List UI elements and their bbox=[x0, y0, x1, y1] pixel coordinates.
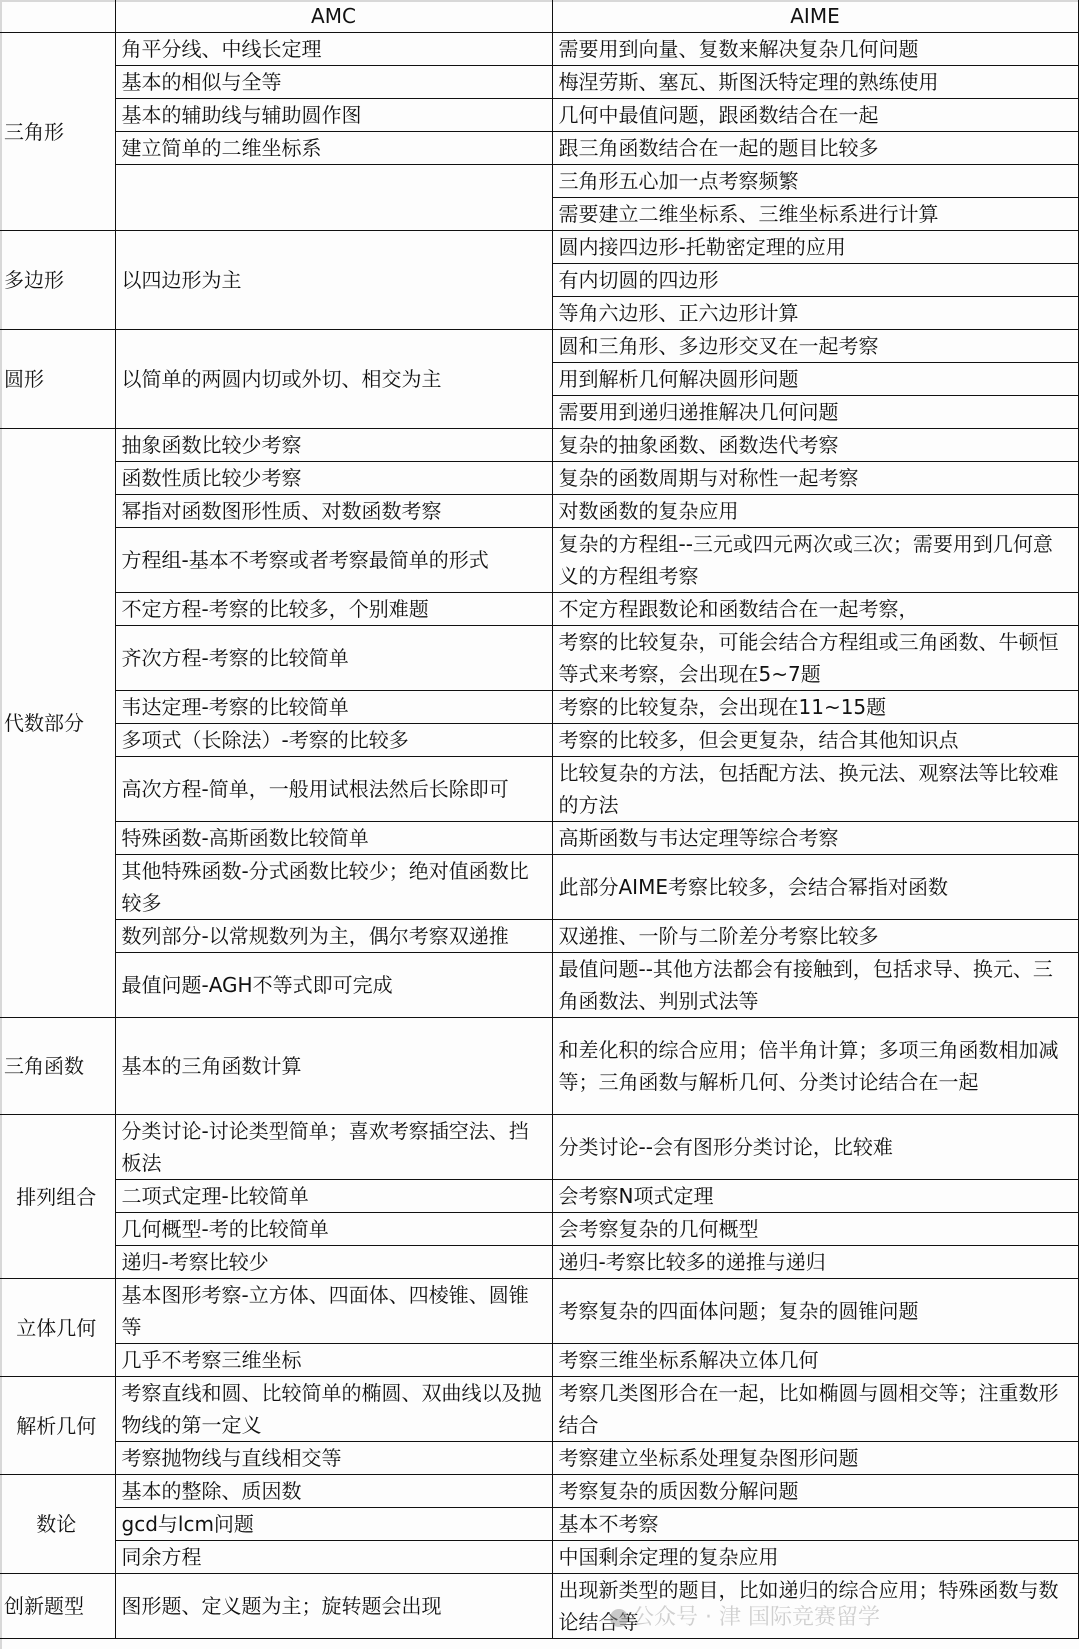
table-row: 二项式定理-比较简单 会考察N项式定理 bbox=[0, 1180, 1078, 1213]
aime-cell: 复杂的抽象函数、函数迭代考察 bbox=[552, 429, 1078, 462]
table-row: 特殊函数-高斯函数比较简单 高斯函数与韦达定理等综合考察 bbox=[0, 822, 1078, 855]
aime-cell: 中国剩余定理的复杂应用 bbox=[552, 1541, 1078, 1574]
aime-cell: 复杂的方程组--三元或四元两次或三次；需要用到几何意义的方程组考察 bbox=[552, 528, 1078, 593]
table-row: 其他特殊函数-分式函数比较少；绝对值函数比较多 此部分AIME考察比较多，会结合… bbox=[0, 855, 1078, 920]
aime-cell: 考察的比较复杂，可能会结合方程组或三角函数、牛顿恒等式来考察，会出现在5~7题 bbox=[552, 626, 1078, 691]
aime-cell: 有内切圆的四边形 bbox=[552, 264, 1078, 297]
table-row: gcd与lcm问题 基本不考察 bbox=[0, 1508, 1078, 1541]
amc-cell: 高次方程-简单，一般用试根法然后长除即可 bbox=[115, 757, 552, 822]
amc-cell: 角平分线、中线长定理 bbox=[115, 33, 552, 66]
category-circle: 圆形 bbox=[0, 330, 115, 429]
aime-cell: 会考察复杂的几何概型 bbox=[552, 1213, 1078, 1246]
aime-cell: 会考察N项式定理 bbox=[552, 1180, 1078, 1213]
aime-cell: 用到解析几何解决圆形问题 bbox=[552, 363, 1078, 396]
amc-cell: 建立简单的二维坐标系 bbox=[115, 132, 552, 165]
aime-cell: 高斯函数与韦达定理等综合考察 bbox=[552, 822, 1078, 855]
table-row: 创新题型 图形题、定义题为主；旋转题会出现 出现新类型的题目，比如递归的综合应用… bbox=[0, 1574, 1078, 1639]
amc-cell: 几何概型-考的比较简单 bbox=[115, 1213, 552, 1246]
table-row: 三角形五心加一点考察频繁 bbox=[0, 165, 1078, 198]
aime-cell: 考察几类图形合在一起，比如椭圆与圆相交等；注重数形结合 bbox=[552, 1377, 1078, 1442]
table-row: 幂指对函数图形性质、对数函数考察 对数函数的复杂应用 bbox=[0, 495, 1078, 528]
amc-cell: 函数性质比较少考察 bbox=[115, 462, 552, 495]
aime-cell: 对数函数的复杂应用 bbox=[552, 495, 1078, 528]
amc-cell: 不定方程-考察的比较多，个别难题 bbox=[115, 593, 552, 626]
amc-cell: 二项式定理-比较简单 bbox=[115, 1180, 552, 1213]
category-trigonometry: 三角函数 bbox=[0, 1018, 115, 1115]
table-row: 建立简单的二维坐标系 跟三角函数结合在一起的题目比较多 bbox=[0, 132, 1078, 165]
aime-cell: 等角六边形、正六边形计算 bbox=[552, 297, 1078, 330]
header-row: AMC AIME bbox=[0, 0, 1078, 33]
amc-cell: 以简单的两圆内切或外切、相交为主 bbox=[115, 330, 552, 429]
amc-cell: 齐次方程-考察的比较简单 bbox=[115, 626, 552, 691]
aime-cell: 考察复杂的四面体问题；复杂的圆锥问题 bbox=[552, 1279, 1078, 1344]
aime-cell: 三角形五心加一点考察频繁 bbox=[552, 165, 1078, 198]
table-row: 基本的辅助线与辅助圆作图 几何中最值问题，跟函数结合在一起 bbox=[0, 99, 1078, 132]
category-analytic-geometry: 解析几何 bbox=[0, 1377, 115, 1475]
category-innovative: 创新题型 bbox=[0, 1574, 115, 1639]
aime-cell: 梅涅劳斯、塞瓦、斯图沃特定理的熟练使用 bbox=[552, 66, 1078, 99]
amc-cell: 幂指对函数图形性质、对数函数考察 bbox=[115, 495, 552, 528]
table-row: 基本的相似与全等 梅涅劳斯、塞瓦、斯图沃特定理的熟练使用 bbox=[0, 66, 1078, 99]
amc-cell: 抽象函数比较少考察 bbox=[115, 429, 552, 462]
table-row: 解析几何 考察直线和圆、比较简单的椭圆、双曲线以及抛物线的第一定义 考察几类图形… bbox=[0, 1377, 1078, 1442]
amc-cell: 基本的相似与全等 bbox=[115, 66, 552, 99]
category-triangle: 三角形 bbox=[0, 33, 115, 231]
amc-cell: 分类讨论-讨论类型简单；喜欢考察插空法、挡板法 bbox=[115, 1115, 552, 1180]
table-row: 最值问题-AGH不等式即可完成 最值问题--其他方法都会有接触到，包括求导、换元… bbox=[0, 953, 1078, 1018]
aime-cell: 出现新类型的题目，比如递归的综合应用；特殊函数与数论结合等 bbox=[552, 1574, 1078, 1639]
table-row: 考察抛物线与直线相交等 考察建立坐标系处理复杂图形问题 bbox=[0, 1442, 1078, 1475]
aime-cell: 不定方程跟数论和函数结合在一起考察， bbox=[552, 593, 1078, 626]
amc-cell: 基本的三角函数计算 bbox=[115, 1018, 552, 1115]
amc-cell: gcd与lcm问题 bbox=[115, 1508, 552, 1541]
aime-cell: 比较复杂的方法，包括配方法、换元法、观察法等比较难的方法 bbox=[552, 757, 1078, 822]
aime-cell: 圆和三角形、多边形交叉在一起考察 bbox=[552, 330, 1078, 363]
aime-cell: 递归-考察比较多的递推与递归 bbox=[552, 1246, 1078, 1279]
category-solid-geometry: 立体几何 bbox=[0, 1279, 115, 1377]
aime-cell: 和差化积的综合应用；倍半角计算；多项三角函数相加减等；三角函数与解析几何、分类讨… bbox=[552, 1018, 1078, 1115]
aime-cell: 此部分AIME考察比较多，会结合幂指对函数 bbox=[552, 855, 1078, 920]
amc-cell: 韦达定理-考察的比较简单 bbox=[115, 691, 552, 724]
amc-cell: 同余方程 bbox=[115, 1541, 552, 1574]
table-row: 数论 基本的整除、质因数 考察复杂的质因数分解问题 bbox=[0, 1475, 1078, 1508]
amc-cell: 数列部分-以常规数列为主，偶尔考察双递推 bbox=[115, 920, 552, 953]
aime-cell: 圆内接四边形-托勒密定理的应用 bbox=[552, 231, 1078, 264]
amc-cell: 特殊函数-高斯函数比较简单 bbox=[115, 822, 552, 855]
table-row: 几乎不考察三维坐标 考察三维坐标系解决立体几何 bbox=[0, 1344, 1078, 1377]
aime-cell: 分类讨论--会有图形分类讨论，比较难 bbox=[552, 1115, 1078, 1180]
table-row: 圆形 以简单的两圆内切或外切、相交为主 圆和三角形、多边形交叉在一起考察 bbox=[0, 330, 1078, 363]
amc-cell-empty bbox=[115, 165, 552, 231]
table-row: 高次方程-简单，一般用试根法然后长除即可 比较复杂的方法，包括配方法、换元法、观… bbox=[0, 757, 1078, 822]
amc-cell: 几乎不考察三维坐标 bbox=[115, 1344, 552, 1377]
table-row: 同余方程 中国剩余定理的复杂应用 bbox=[0, 1541, 1078, 1574]
amc-cell: 以四边形为主 bbox=[115, 231, 552, 330]
amc-cell: 多项式（长除法）-考察的比较多 bbox=[115, 724, 552, 757]
aime-cell: 几何中最值问题，跟函数结合在一起 bbox=[552, 99, 1078, 132]
amc-cell: 方程组-基本不考察或者考察最简单的形式 bbox=[115, 528, 552, 593]
aime-cell: 基本不考察 bbox=[552, 1508, 1078, 1541]
category-number-theory: 数论 bbox=[0, 1475, 115, 1574]
table-row: 韦达定理-考察的比较简单 考察的比较复杂，会出现在11~15题 bbox=[0, 691, 1078, 724]
amc-cell: 其他特殊函数-分式函数比较少；绝对值函数比较多 bbox=[115, 855, 552, 920]
table-row: 三角函数 基本的三角函数计算 和差化积的综合应用；倍半角计算；多项三角函数相加减… bbox=[0, 1018, 1078, 1115]
table-row: 三角形 角平分线、中线长定理 需要用到向量、复数来解决复杂几何问题 bbox=[0, 33, 1078, 66]
amc-cell: 基本的整除、质因数 bbox=[115, 1475, 552, 1508]
table-row: 数列部分-以常规数列为主，偶尔考察双递推 双递推、一阶与二阶差分考察比较多 bbox=[0, 920, 1078, 953]
header-category bbox=[0, 0, 115, 33]
table-row: 函数性质比较少考察 复杂的函数周期与对称性一起考察 bbox=[0, 462, 1078, 495]
amc-cell: 考察直线和圆、比较简单的椭圆、双曲线以及抛物线的第一定义 bbox=[115, 1377, 552, 1442]
aime-cell: 考察的比较多，但会更复杂，结合其他知识点 bbox=[552, 724, 1078, 757]
aime-cell: 需要建立二维坐标系、三维坐标系进行计算 bbox=[552, 198, 1078, 231]
aime-cell: 考察三维坐标系解决立体几何 bbox=[552, 1344, 1078, 1377]
category-polygon: 多边形 bbox=[0, 231, 115, 330]
aime-cell: 考察复杂的质因数分解问题 bbox=[552, 1475, 1078, 1508]
aime-cell: 考察建立坐标系处理复杂图形问题 bbox=[552, 1442, 1078, 1475]
aime-cell: 需要用到递归递推解决几何问题 bbox=[552, 396, 1078, 429]
aime-cell: 复杂的函数周期与对称性一起考察 bbox=[552, 462, 1078, 495]
table-row: 代数部分 抽象函数比较少考察 复杂的抽象函数、函数迭代考察 bbox=[0, 429, 1078, 462]
table-row: 多项式（长除法）-考察的比较多 考察的比较多，但会更复杂，结合其他知识点 bbox=[0, 724, 1078, 757]
table-row: 方程组-基本不考察或者考察最简单的形式 复杂的方程组--三元或四元两次或三次；需… bbox=[0, 528, 1078, 593]
table-row: 多边形 以四边形为主 圆内接四边形-托勒密定理的应用 bbox=[0, 231, 1078, 264]
aime-cell: 跟三角函数结合在一起的题目比较多 bbox=[552, 132, 1078, 165]
aime-cell: 双递推、一阶与二阶差分考察比较多 bbox=[552, 920, 1078, 953]
category-combinatorics: 排列组合 bbox=[0, 1115, 115, 1279]
table-row: 立体几何 基本图形考察-立方体、四面体、四棱锥、圆锥等 考察复杂的四面体问题；复… bbox=[0, 1279, 1078, 1344]
amc-cell: 基本的辅助线与辅助圆作图 bbox=[115, 99, 552, 132]
aime-cell: 考察的比较复杂，会出现在11~15题 bbox=[552, 691, 1078, 724]
table-row: 递归-考察比较少 递归-考察比较多的递推与递归 bbox=[0, 1246, 1078, 1279]
amc-cell: 图形题、定义题为主；旋转题会出现 bbox=[115, 1574, 552, 1639]
amc-cell: 考察抛物线与直线相交等 bbox=[115, 1442, 552, 1475]
amc-cell: 最值问题-AGH不等式即可完成 bbox=[115, 953, 552, 1018]
header-aime: AIME bbox=[552, 0, 1078, 33]
header-amc: AMC bbox=[115, 0, 552, 33]
amc-cell: 基本图形考察-立方体、四面体、四棱锥、圆锥等 bbox=[115, 1279, 552, 1344]
amc-cell: 递归-考察比较少 bbox=[115, 1246, 552, 1279]
amc-aime-comparison-table: AMC AIME 三角形 角平分线、中线长定理 需要用到向量、复数来解决复杂几何… bbox=[0, 0, 1079, 1639]
aime-cell: 需要用到向量、复数来解决复杂几何问题 bbox=[552, 33, 1078, 66]
category-algebra: 代数部分 bbox=[0, 429, 115, 1018]
table-row: 不定方程-考察的比较多，个别难题 不定方程跟数论和函数结合在一起考察， bbox=[0, 593, 1078, 626]
table-row: 齐次方程-考察的比较简单 考察的比较复杂，可能会结合方程组或三角函数、牛顿恒等式… bbox=[0, 626, 1078, 691]
table-row: 排列组合 分类讨论-讨论类型简单；喜欢考察插空法、挡板法 分类讨论--会有图形分… bbox=[0, 1115, 1078, 1180]
aime-cell: 最值问题--其他方法都会有接触到，包括求导、换元、三角函数法、判别式法等 bbox=[552, 953, 1078, 1018]
table-row: 几何概型-考的比较简单 会考察复杂的几何概型 bbox=[0, 1213, 1078, 1246]
